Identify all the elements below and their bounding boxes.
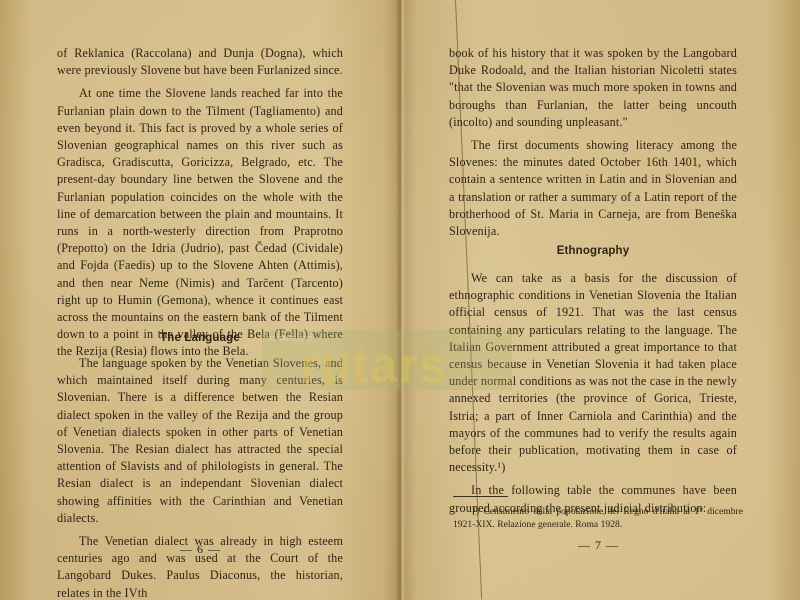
book-spread: of Reklanica (Raccolana) and Dunja (Dogn… [0, 0, 800, 600]
paragraph: of Reklanica (Raccolana) and Dunja (Dogn… [57, 45, 343, 79]
page-number: — 6 — [180, 542, 221, 557]
footnote: ¹) Censimento della popolazione del Regn… [453, 505, 743, 531]
left-page: of Reklanica (Raccolana) and Dunja (Dogn… [0, 0, 400, 600]
paragraph: The first documents showing literacy amo… [449, 137, 737, 240]
watermark-text: rutars [300, 336, 448, 394]
paragraph: book of his history that it was spoken b… [449, 45, 737, 131]
paragraph: At one time the Slovene lands reached fa… [57, 85, 343, 360]
page-number: — 7 — [578, 538, 619, 553]
left-text-top: of Reklanica (Raccolana) and Dunja (Dogn… [57, 45, 343, 361]
footnote-divider [453, 496, 508, 497]
right-text-top: book of his history that it was spoken b… [449, 45, 737, 240]
right-text-ethnography: We can take as a basis for the discussio… [449, 270, 737, 517]
section-heading-ethnography: Ethnography [449, 243, 737, 260]
